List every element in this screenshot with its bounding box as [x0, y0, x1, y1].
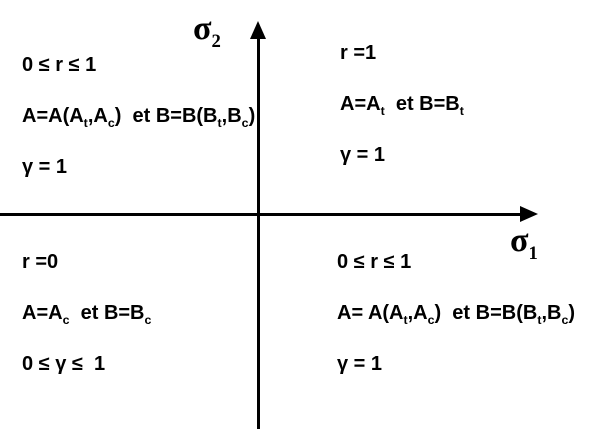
bottom-left-r-condition: r =0 — [22, 249, 151, 275]
top-right-gamma-condition: γ = 1 — [340, 142, 464, 168]
quadrant-bottom-right: 0 ≤ r ≤ 1 A= A(At,Ac) et B=B(Bt,Bc) γ = … — [337, 249, 575, 402]
top-left-ab-definition: A=A(At,Ac) et B=B(Bt,Bc) — [22, 103, 255, 129]
top-left-gamma-condition: γ = 1 — [22, 154, 255, 180]
sigma2-axis-line — [257, 34, 260, 429]
bottom-right-ab-definition: A= A(At,Ac) et B=B(Bt,Bc) — [337, 300, 575, 326]
bottom-right-r-condition: 0 ≤ r ≤ 1 — [337, 249, 575, 275]
quadrant-top-left: 0 ≤ r ≤ 1 A=A(At,Ac) et B=B(Bt,Bc) γ = 1 — [22, 52, 255, 205]
top-right-r-condition: r =1 — [340, 40, 464, 66]
quadrant-top-right: r =1 A=At et B=Bt γ = 1 — [340, 40, 464, 193]
top-left-r-condition: 0 ≤ r ≤ 1 — [22, 52, 255, 78]
top-right-ab-definition: A=At et B=Bt — [340, 91, 464, 117]
quadrant-bottom-left: r =0 A=Ac et B=Bc 0 ≤ γ ≤ 1 — [22, 249, 151, 402]
sigma1-axis-arrowhead-icon — [520, 206, 538, 222]
bottom-left-ab-definition: A=Ac et B=Bc — [22, 300, 151, 326]
quadrant-diagram: σ2 σ1 0 ≤ r ≤ 1 A=A(At,Ac) et B=B(Bt,Bc)… — [0, 0, 590, 429]
sigma2-axis-label: σ2 — [193, 12, 221, 46]
sigma1-axis-line — [0, 213, 522, 216]
bottom-right-gamma-condition: γ = 1 — [337, 351, 575, 377]
bottom-left-gamma-condition: 0 ≤ γ ≤ 1 — [22, 351, 151, 377]
sigma2-axis-arrowhead-icon — [250, 21, 266, 39]
